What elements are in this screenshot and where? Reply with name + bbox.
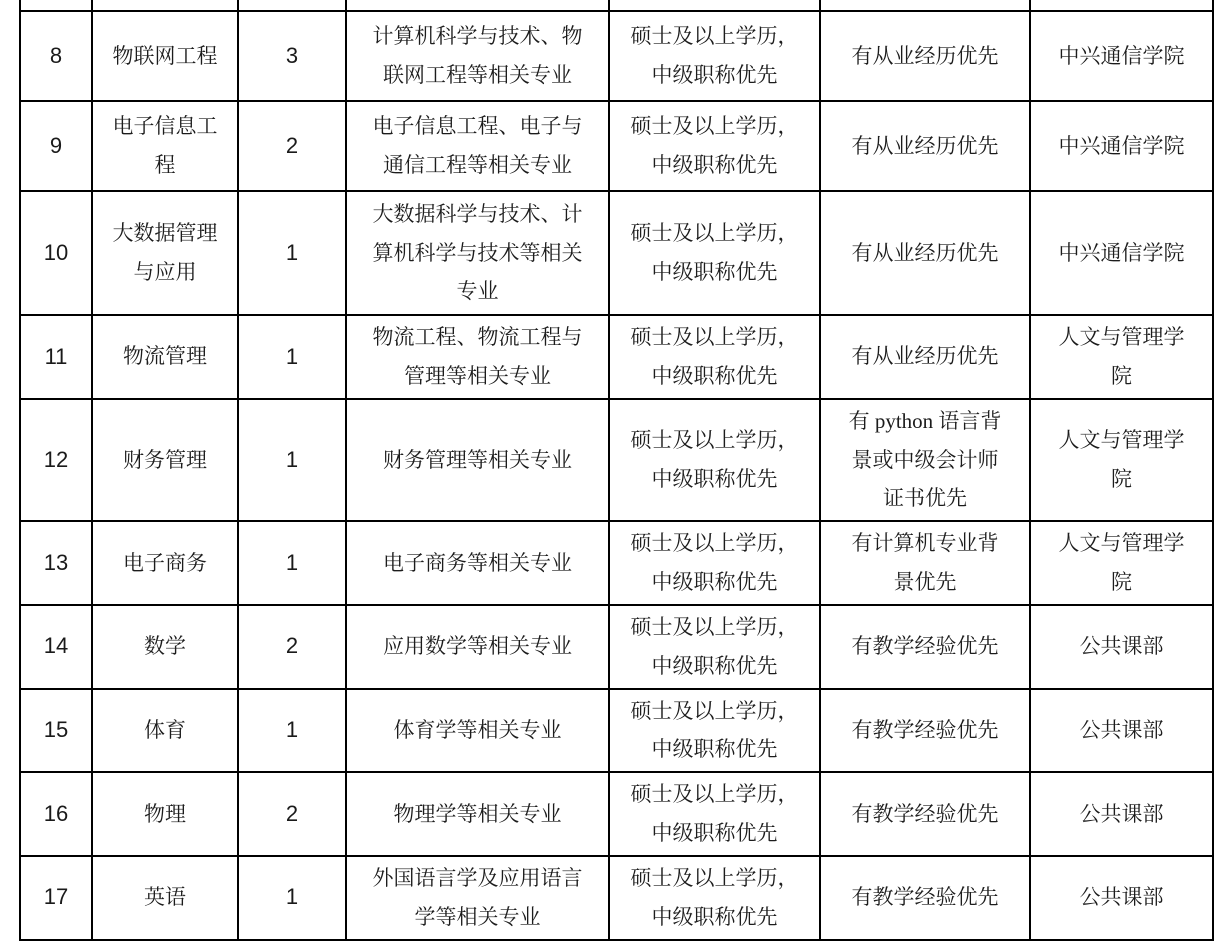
clipped-cell (346, 0, 609, 11)
major-requirement-cell: 物理学等相关专业 (346, 772, 609, 856)
count-cell: 2 (238, 605, 346, 689)
major-requirement-cell: 外国语言学及应用语言 学等相关专业 (346, 856, 609, 940)
row-number-cell: 9 (20, 101, 92, 191)
education-requirement-cell: 硕士及以上学历， 中级职称优先 (609, 191, 820, 315)
department-cell: 公共课部 (1030, 689, 1213, 773)
clipped-cell (1030, 0, 1213, 11)
preference-cell: 有从业经历优先 (820, 315, 1030, 399)
preference-cell: 有从业经历优先 (820, 101, 1030, 191)
clipped-cell (92, 0, 238, 11)
row-number-cell: 11 (20, 315, 92, 399)
position-cell: 体育 (92, 689, 238, 773)
position-cell: 财务管理 (92, 399, 238, 522)
clipped-cell (820, 0, 1030, 11)
education-requirement-cell: 硕士及以上学历， 中级职称优先 (609, 772, 820, 856)
count-cell: 2 (238, 101, 346, 191)
department-cell: 公共课部 (1030, 856, 1213, 940)
major-requirement-cell: 体育学等相关专业 (346, 689, 609, 773)
department-cell: 中兴通信学院 (1030, 101, 1213, 191)
department-cell: 人文与管理学 院 (1030, 399, 1213, 522)
department-cell: 公共课部 (1030, 605, 1213, 689)
row-number-cell: 16 (20, 772, 92, 856)
preference-cell: 有教学经验优先 (820, 605, 1030, 689)
count-cell: 1 (238, 315, 346, 399)
department-cell: 人文与管理学 院 (1030, 315, 1213, 399)
clipped-cell (20, 0, 92, 11)
preference-cell: 有教学经验优先 (820, 856, 1030, 940)
preference-cell: 有 python 语言背 景或中级会计师 证书优先 (820, 399, 1030, 522)
table-row: 17 英语 1 外国语言学及应用语言 学等相关专业 硕士及以上学历， 中级职称优… (20, 856, 1213, 940)
row-number-cell: 17 (20, 856, 92, 940)
major-requirement-cell: 物流工程、物流工程与 管理等相关专业 (346, 315, 609, 399)
clipped-cell (609, 0, 820, 11)
education-requirement-cell: 硕士及以上学历， 中级职称优先 (609, 101, 820, 191)
major-requirement-cell: 计算机科学与技术、物 联网工程等相关专业 (346, 11, 609, 101)
table-row: 12 财务管理 1 财务管理等相关专业 硕士及以上学历， 中级职称优先 有 py… (20, 399, 1213, 522)
table-row: 13 电子商务 1 电子商务等相关专业 硕士及以上学历， 中级职称优先 有计算机… (20, 521, 1213, 605)
major-requirement-cell: 电子商务等相关专业 (346, 521, 609, 605)
preference-cell: 有从业经历优先 (820, 11, 1030, 101)
row-number-cell: 12 (20, 399, 92, 522)
recruitment-table: 8 物联网工程 3 计算机科学与技术、物 联网工程等相关专业 硕士及以上学历， … (19, 0, 1214, 941)
row-number-cell: 15 (20, 689, 92, 773)
position-cell: 电子信息工 程 (92, 101, 238, 191)
table-row: 15 体育 1 体育学等相关专业 硕士及以上学历， 中级职称优先 有教学经验优先… (20, 689, 1213, 773)
row-number-cell: 10 (20, 191, 92, 315)
table-row-clipped (20, 0, 1213, 11)
row-number-cell: 14 (20, 605, 92, 689)
row-number-cell: 13 (20, 521, 92, 605)
position-cell: 大数据管理 与应用 (92, 191, 238, 315)
count-cell: 1 (238, 191, 346, 315)
major-requirement-cell: 电子信息工程、电子与 通信工程等相关专业 (346, 101, 609, 191)
count-cell: 1 (238, 856, 346, 940)
department-cell: 中兴通信学院 (1030, 191, 1213, 315)
table-row: 8 物联网工程 3 计算机科学与技术、物 联网工程等相关专业 硕士及以上学历， … (20, 11, 1213, 101)
preference-cell: 有教学经验优先 (820, 689, 1030, 773)
preference-cell: 有计算机专业背 景优先 (820, 521, 1030, 605)
preference-cell: 有教学经验优先 (820, 772, 1030, 856)
table-row: 14 数学 2 应用数学等相关专业 硕士及以上学历， 中级职称优先 有教学经验优… (20, 605, 1213, 689)
position-cell: 英语 (92, 856, 238, 940)
count-cell: 2 (238, 772, 346, 856)
document-page: 8 物联网工程 3 计算机科学与技术、物 联网工程等相关专业 硕士及以上学历， … (0, 0, 1223, 946)
count-cell: 3 (238, 11, 346, 101)
position-cell: 数学 (92, 605, 238, 689)
position-cell: 物流管理 (92, 315, 238, 399)
major-requirement-cell: 应用数学等相关专业 (346, 605, 609, 689)
count-cell: 1 (238, 689, 346, 773)
department-cell: 中兴通信学院 (1030, 11, 1213, 101)
education-requirement-cell: 硕士及以上学历， 中级职称优先 (609, 689, 820, 773)
education-requirement-cell: 硕士及以上学历， 中级职称优先 (609, 605, 820, 689)
table-row: 9 电子信息工 程 2 电子信息工程、电子与 通信工程等相关专业 硕士及以上学历… (20, 101, 1213, 191)
position-cell: 电子商务 (92, 521, 238, 605)
position-cell: 物联网工程 (92, 11, 238, 101)
department-cell: 人文与管理学 院 (1030, 521, 1213, 605)
count-cell: 1 (238, 521, 346, 605)
major-requirement-cell: 财务管理等相关专业 (346, 399, 609, 522)
education-requirement-cell: 硕士及以上学历， 中级职称优先 (609, 315, 820, 399)
table-row: 11 物流管理 1 物流工程、物流工程与 管理等相关专业 硕士及以上学历， 中级… (20, 315, 1213, 399)
preference-cell: 有从业经历优先 (820, 191, 1030, 315)
education-requirement-cell: 硕士及以上学历， 中级职称优先 (609, 11, 820, 101)
count-cell: 1 (238, 399, 346, 522)
education-requirement-cell: 硕士及以上学历， 中级职称优先 (609, 521, 820, 605)
table-row: 10 大数据管理 与应用 1 大数据科学与技术、计 算机科学与技术等相关 专业 … (20, 191, 1213, 315)
education-requirement-cell: 硕士及以上学历， 中级职称优先 (609, 856, 820, 940)
row-number-cell: 8 (20, 11, 92, 101)
education-requirement-cell: 硕士及以上学历， 中级职称优先 (609, 399, 820, 522)
clipped-cell (238, 0, 346, 11)
position-cell: 物理 (92, 772, 238, 856)
table-row: 16 物理 2 物理学等相关专业 硕士及以上学历， 中级职称优先 有教学经验优先… (20, 772, 1213, 856)
major-requirement-cell: 大数据科学与技术、计 算机科学与技术等相关 专业 (346, 191, 609, 315)
department-cell: 公共课部 (1030, 772, 1213, 856)
